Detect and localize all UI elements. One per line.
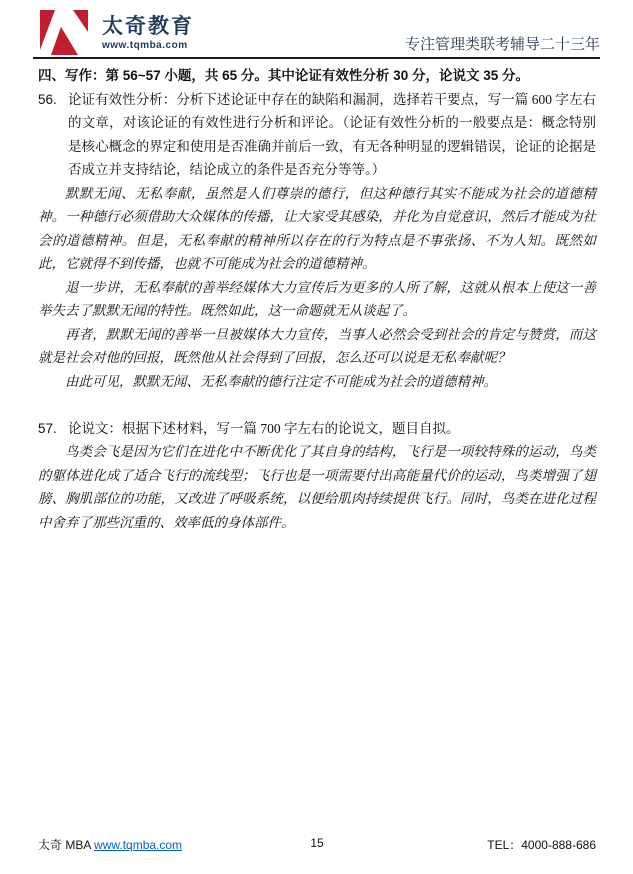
section-heading: 四、写作：第 56~57 小题，共 65 分。其中论证有效性分析 30 分，论说… [38,64,596,88]
footer-telephone: TEL：4000-888-686 [487,836,596,853]
page-footer: 太奇 MBA www.tqmba.com 15 TEL：4000-888-686 [38,836,596,854]
page-number: 15 [310,836,323,850]
brand-logo: 太奇教育 www.tqmba.com [40,10,194,55]
document-body: 四、写作：第 56~57 小题，共 65 分。其中论证有效性分析 30 分，论说… [38,58,596,534]
question-57-material: 鸟类会飞是因为它们在进化中不断优化了其自身的结构，飞行是一项较特殊的运动，鸟类的… [38,440,596,534]
taiqi-logo-icon [40,10,88,55]
material-paragraph: 退一步讲，无私奉献的善举经媒体大力宣传后为更多的人所了解，这就从根本上使这一善举… [38,276,596,323]
material-paragraph: 由此可见，默默无闻、无私奉献的德行注定不可能成为社会的道德精神。 [38,370,596,394]
page-header: 太奇教育 www.tqmba.com 专注管理类联考辅导二十三年 [33,0,600,59]
footer-brand: 太奇 MBA [38,838,91,852]
brand-name: 太奇教育 [102,15,194,39]
question-56-number: 56. [38,88,57,112]
question-56: 56. 论证有效性分析：分析下述论证中存在的缺陷和漏洞，选择若干要点，写一篇 6… [38,88,596,182]
question-56-material: 默默无闻、无私奉献，虽然是人们尊崇的德行，但这种德行其实不能成为社会的道德精神。… [38,182,596,394]
header-slogan: 专注管理类联考辅导二十三年 [405,33,600,54]
question-57-number: 57. [38,417,57,441]
footer-left: 太奇 MBA www.tqmba.com [38,836,182,853]
material-paragraph: 默默无闻、无私奉献，虽然是人们尊崇的德行，但这种德行其实不能成为社会的道德精神。… [38,182,596,276]
brand-text-block: 太奇教育 www.tqmba.com [102,10,194,52]
question-57-prompt: 论说文：根据下述材料，写一篇 700 字左右的论说文，题目自拟。 [68,421,460,436]
question-57: 57. 论说文：根据下述材料，写一篇 700 字左右的论说文，题目自拟。 [38,417,596,441]
question-56-prompt: 论证有效性分析：分析下述论证中存在的缺陷和漏洞，选择若干要点，写一篇 600 字… [68,92,596,178]
document-page: 太奇教育 www.tqmba.com 专注管理类联考辅导二十三年 四、写作：第 … [0,0,633,874]
material-paragraph: 再者，默默无闻的善举一旦被媒体大力宣传，当事人必然会受到社会的肯定与赞赏，而这就… [38,323,596,370]
brand-website: www.tqmba.com [102,39,194,52]
material-paragraph: 鸟类会飞是因为它们在进化中不断优化了其自身的结构，飞行是一项较特殊的运动，鸟类的… [38,440,596,534]
footer-website-link[interactable]: www.tqmba.com [94,838,182,852]
